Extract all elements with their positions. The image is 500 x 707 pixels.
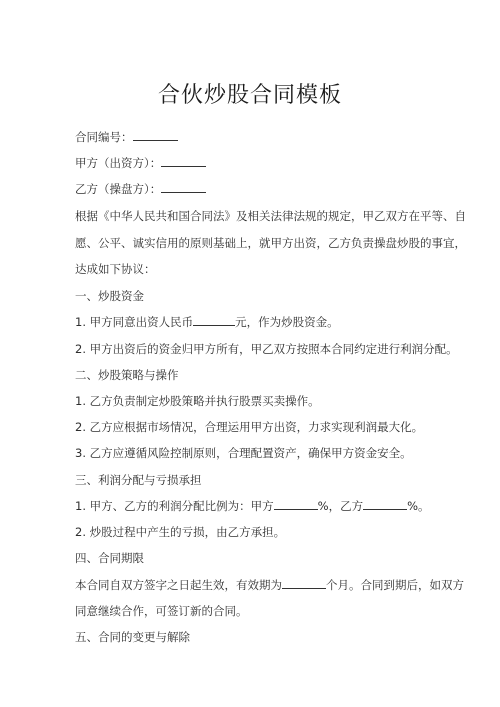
party-a-share-blank[interactable]	[274, 498, 318, 510]
section-1-item-1: 1. 甲方同意出资人民币元，作为炒股资金。	[75, 314, 435, 330]
contract-term-blank[interactable]	[282, 577, 326, 589]
section-3-item-2: 2. 炒股过程中产生的亏损，由乙方承担。	[75, 524, 435, 540]
section-4-item-1-suffix: 个月。合同到期后，如双方	[326, 578, 464, 592]
party-a-field: 甲方（出资方）：	[75, 155, 435, 171]
section-3-item-1: 1. 甲方、乙方的利润分配比例为：甲方%，乙方%。	[75, 498, 435, 514]
investment-amount-blank[interactable]	[193, 314, 235, 326]
document-page: 合伙炒股合同模板 合同编号： 甲方（出资方）： 乙方（操盘方）： 根据《中华人民…	[0, 0, 500, 707]
section-1-item-1-prefix: 1. 甲方同意出资人民币	[75, 315, 193, 329]
section-1-heading: 一、炒股资金	[75, 288, 435, 304]
section-2-item-2: 2. 乙方应根据市场情况，合理运用甲方出资，力求实现利润最大化。	[75, 419, 435, 435]
section-2-heading: 二、炒股策略与操作	[75, 367, 435, 383]
party-b-share-blank[interactable]	[363, 498, 407, 510]
section-4-heading: 四、合同期限	[75, 550, 435, 566]
section-4-item-1: 本合同自双方签字之日起生效，有效期为个月。合同到期后，如双方	[75, 577, 435, 593]
contract-number-blank[interactable]	[133, 129, 178, 141]
section-3-heading: 三、利润分配与亏损承担	[75, 472, 435, 488]
section-3-item-1-middle: %，乙方	[318, 499, 363, 513]
section-2-item-3: 3. 乙方应遵循风险控制原则，合理配置资产，确保甲方资金安全。	[75, 445, 435, 461]
party-b-blank[interactable]	[161, 181, 206, 193]
contract-number-field: 合同编号：	[75, 129, 435, 145]
preamble-line-3: 达成如下协议：	[75, 261, 435, 277]
section-3-item-1-suffix: %。	[407, 499, 429, 513]
section-3-item-1-prefix: 1. 甲方、乙方的利润分配比例为：甲方	[75, 499, 274, 513]
section-1-item-2: 2. 甲方出资后的资金归甲方所有，甲乙双方按照本合同约定进行利润分配。	[75, 341, 435, 357]
section-5-heading: 五、合同的变更与解除	[75, 629, 435, 645]
preamble-line-1: 根据《中华人民共和国合同法》及相关法律法规的规定，甲乙双方在平等、自	[75, 208, 435, 224]
section-2-item-1: 1. 乙方负责制定炒股策略并执行股票买卖操作。	[75, 393, 435, 409]
party-a-blank[interactable]	[161, 155, 206, 167]
section-1-item-1-suffix: 元，作为炒股资金。	[235, 315, 339, 329]
section-4-item-2: 同意继续合作，可签订新的合同。	[75, 603, 435, 619]
party-a-label: 甲方（出资方）：	[75, 156, 161, 170]
party-b-label: 乙方（操盘方）：	[75, 182, 161, 196]
contract-number-label: 合同编号：	[75, 130, 133, 144]
preamble-line-2: 愿、公平、诚实信用的原则基础上，就甲方出资，乙方负责操盘炒股的事宜，	[75, 235, 435, 251]
document-title: 合伙炒股合同模板	[0, 80, 500, 112]
section-4-item-1-prefix: 本合同自双方签字之日起生效，有效期为	[75, 578, 282, 592]
party-b-field: 乙方（操盘方）：	[75, 181, 435, 197]
